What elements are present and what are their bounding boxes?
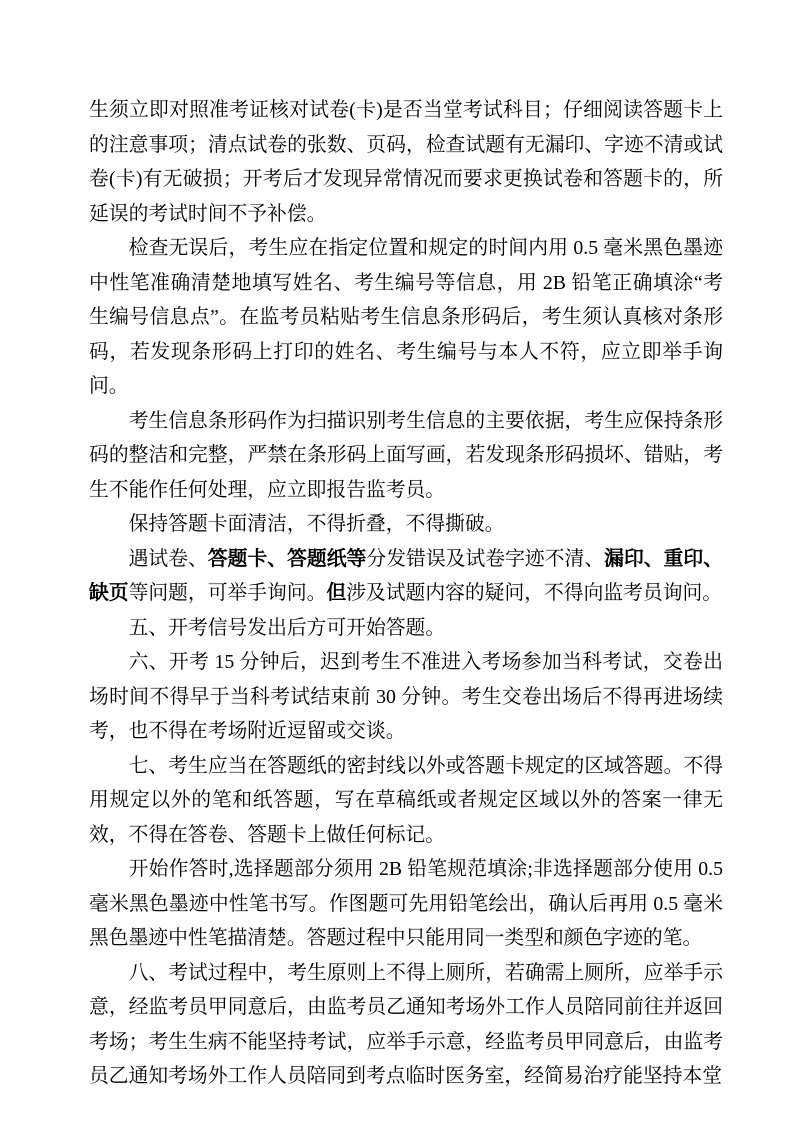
paragraph: 检查无误后，考生应在指定位置和规定的时间内用 0.5 毫米黑色墨迹中性笔准确清楚…	[89, 231, 723, 404]
text-run: 涉及试题内容的疑问，不得向监考员询问。	[346, 582, 722, 604]
paragraph: 考生信息条形码作为扫描识别考生信息的主要依据，考生应保持条形码的整洁和完整，严禁…	[89, 404, 723, 508]
bold-text-run: 但	[326, 582, 346, 604]
text-run: 六、开考 15 分钟后，迟到考生不准进入考场参加当科考试，交卷出场时间不得早于当…	[89, 651, 723, 742]
text-run: 生须立即对照准考证核对试卷(卡)是否当堂考试科目；仔细阅读答题卡上的注意事项；清…	[89, 99, 723, 225]
paragraph: 生须立即对照准考证核对试卷(卡)是否当堂考试科目；仔细阅读答题卡上的注意事项；清…	[89, 93, 723, 231]
text-run: 八、考试过程中，考生原则上不得上厕所，若确需上厕所，应举手示意，经监考员甲同意后…	[89, 962, 723, 1088]
paragraph: 开始作答时,选择题部分须用 2B 铅笔规范填涂;非选择题部分使用 0.5 毫米黑…	[89, 852, 723, 956]
text-run: 遇试卷、	[129, 548, 208, 570]
paragraph: 六、开考 15 分钟后，迟到考生不准进入考场参加当科考试，交卷出场时间不得早于当…	[89, 645, 723, 749]
text-run: 分发错误及试卷字迹不清、	[366, 548, 604, 570]
bold-text-run: 答题卡、答题纸等	[208, 548, 367, 570]
text-run: 七、考生应当在答题纸的密封线以外或答题卡规定的区域答题。不得用规定以外的笔和纸答…	[89, 755, 723, 846]
text-run: 考生信息条形码作为扫描识别考生信息的主要依据，考生应保持条形码的整洁和完整，严禁…	[89, 410, 723, 501]
document-text: 生须立即对照准考证核对试卷(卡)是否当堂考试科目；仔细阅读答题卡上的注意事项；清…	[89, 93, 723, 1094]
paragraph: 八、考试过程中，考生原则上不得上厕所，若确需上厕所，应举手示意，经监考员甲同意后…	[89, 956, 723, 1094]
document-page: 生须立即对照准考证核对试卷(卡)是否当堂考试科目；仔细阅读答题卡上的注意事项；清…	[0, 0, 793, 1122]
paragraph: 遇试卷、答题卡、答题纸等分发错误及试卷字迹不清、漏印、重印、缺页等问题，可举手询…	[89, 542, 723, 611]
text-run: 开始作答时,选择题部分须用 2B 铅笔规范填涂;非选择题部分使用 0.5 毫米黑…	[89, 858, 723, 949]
text-run: 五、开考信号发出后方可开始答题。	[129, 617, 446, 639]
paragraph: 五、开考信号发出后方可开始答题。	[89, 611, 723, 646]
paragraph: 七、考生应当在答题纸的密封线以外或答题卡规定的区域答题。不得用规定以外的笔和纸答…	[89, 749, 723, 853]
text-run: 等问题，可举手询问。	[129, 582, 327, 604]
text-run: 检查无误后，考生应在指定位置和规定的时间内用 0.5 毫米黑色墨迹中性笔准确清楚…	[89, 237, 723, 397]
text-run: 保持答题卡面清洁，不得折叠，不得撕破。	[129, 513, 505, 535]
paragraph: 保持答题卡面清洁，不得折叠，不得撕破。	[89, 507, 723, 542]
